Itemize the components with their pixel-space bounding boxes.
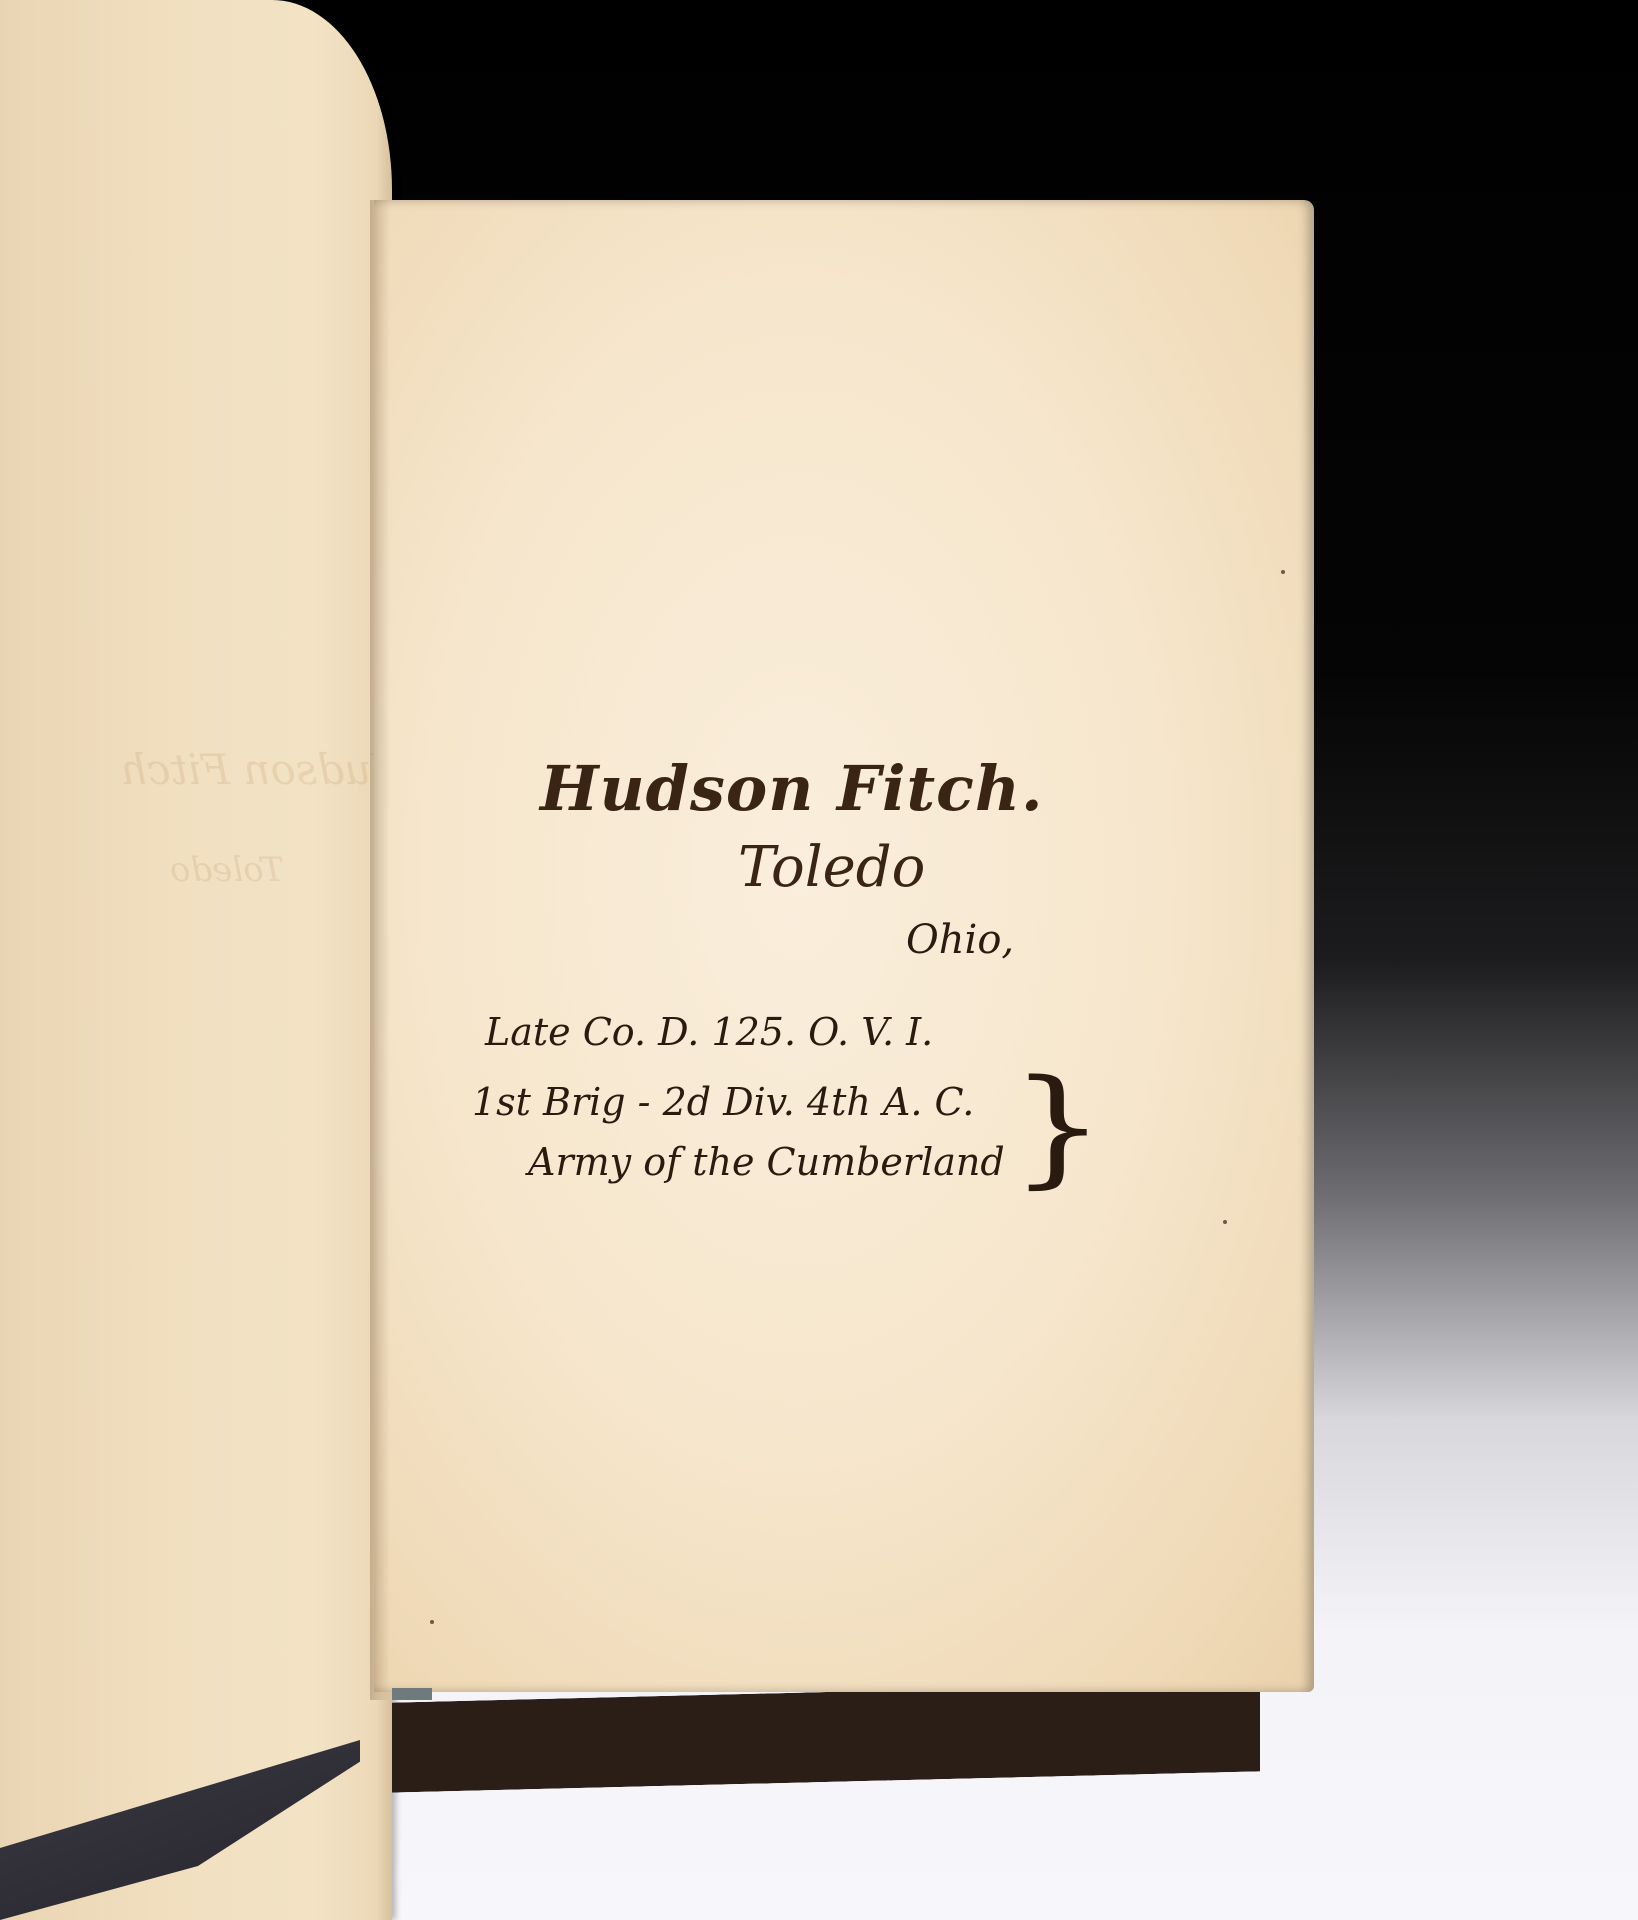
paper-speck (1223, 1220, 1227, 1224)
bleed-through-city: Toledo (170, 850, 284, 890)
inscription-name: Hudson Fitch. (540, 752, 1044, 825)
inscription-line-regiment: Late Co. D. 125. O. V. I. (485, 1010, 933, 1054)
right-flyleaf (374, 200, 1314, 1692)
inscription-brace: } (1010, 1053, 1105, 1201)
paper-speck (1281, 570, 1285, 574)
spine-cloth (392, 1688, 432, 1700)
inscription-state: Ohio, (906, 917, 1014, 963)
inscription-line-brigade: 1st Brig - 2d Div. 4th A. C. (472, 1080, 974, 1124)
bleed-through-name: Hudson Fitch (120, 745, 408, 794)
book-gutter (370, 200, 390, 1700)
page-shadow (392, 1681, 1260, 1792)
inscription-line-army: Army of the Cumberland (528, 1140, 1005, 1184)
paper-speck (430, 1620, 434, 1624)
left-flyleaf: Hudson Fitch Toledo (0, 0, 392, 1920)
inscription-city: Toledo (738, 835, 925, 900)
book-photo: Hudson Fitch Toledo Hudson Fitch. Toledo… (0, 0, 1638, 1920)
